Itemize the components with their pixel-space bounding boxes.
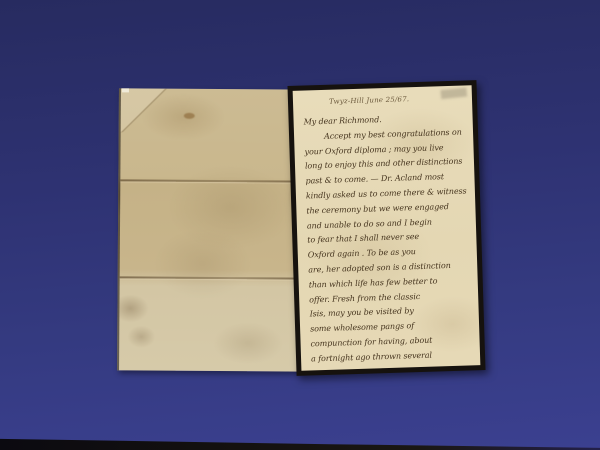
letter-text-page: Twyz-Hill June 25/67. My dear Richmond. … <box>287 80 485 376</box>
letter-paper: Twyz-Hill June 25/67. My dear Richmond. … <box>293 85 481 370</box>
letter-blank-verso-page <box>117 88 305 371</box>
fold-crease-lower <box>120 276 304 279</box>
fold-crease-upper <box>120 179 304 182</box>
mat-bottom-edge <box>0 432 600 450</box>
paper-stain <box>183 113 194 119</box>
letter-photograph: Twyz-Hill June 25/67. My dear Richmond. … <box>0 0 600 450</box>
